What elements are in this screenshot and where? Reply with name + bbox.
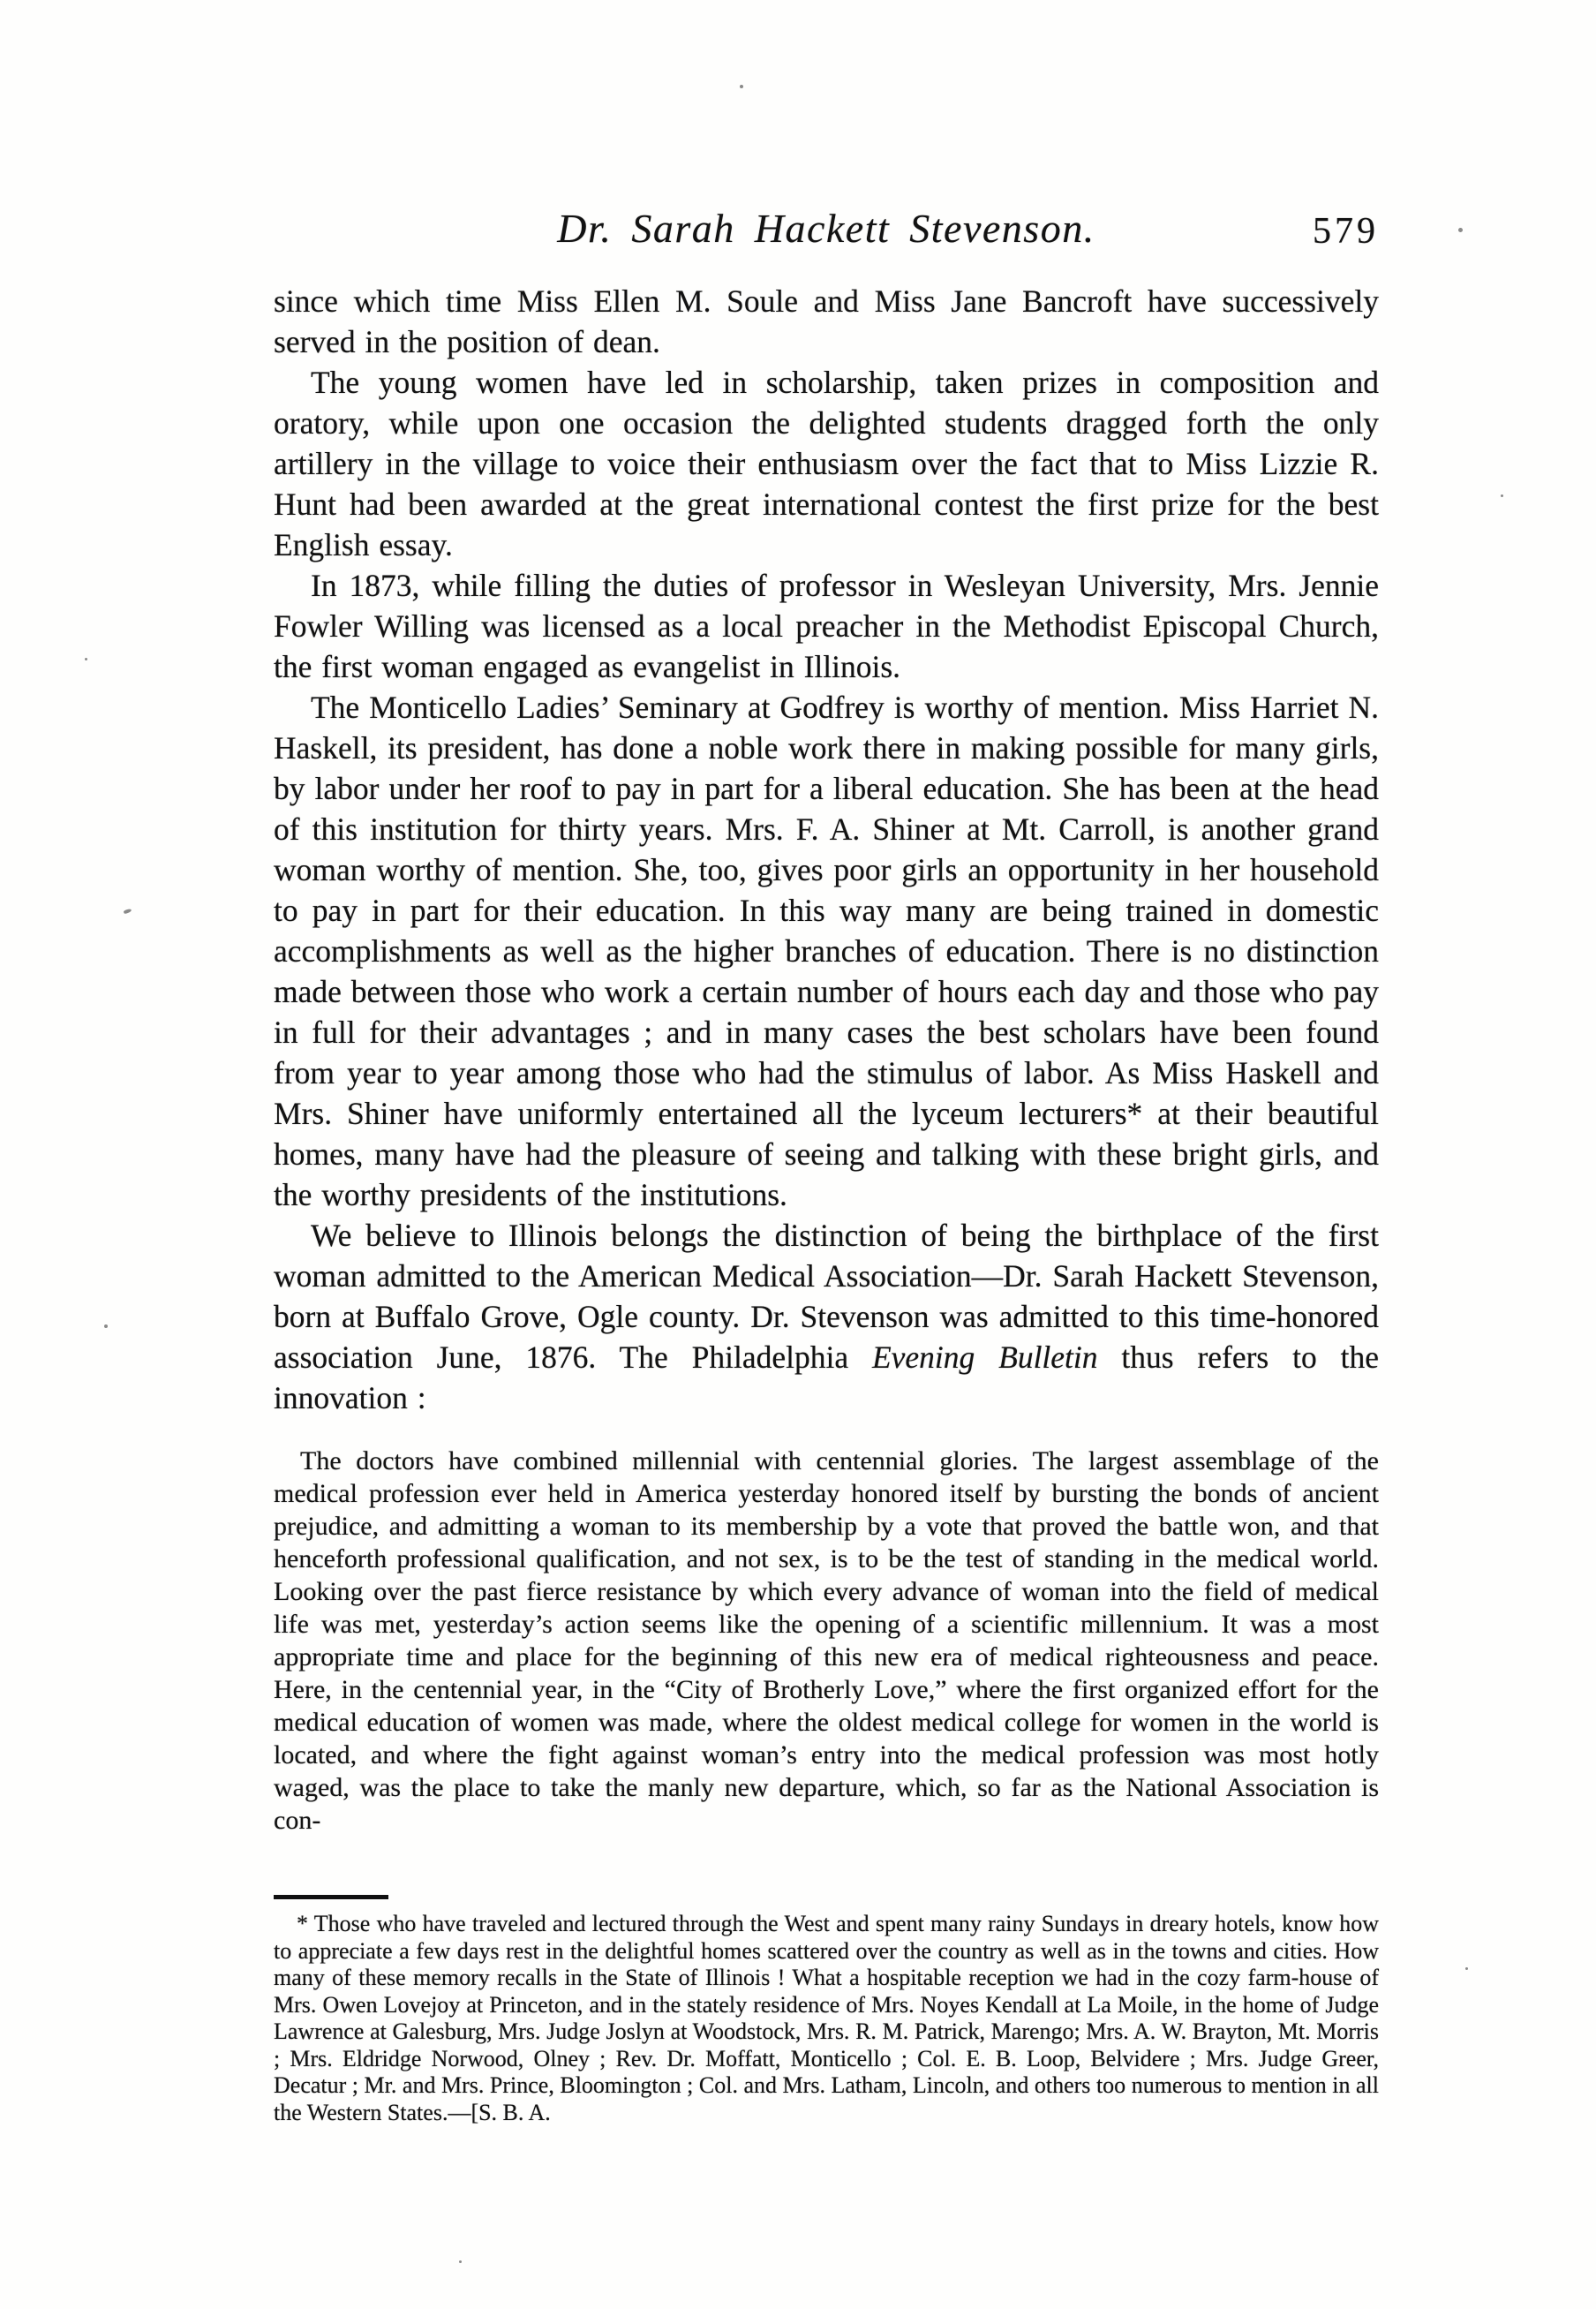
scan-speck xyxy=(740,85,743,88)
paragraph-1873: In 1873, while filling the duties of pro… xyxy=(274,565,1379,687)
scan-speck xyxy=(85,658,87,660)
scan-speck xyxy=(459,2260,462,2263)
scan-speck xyxy=(1501,494,1503,497)
footnote-text: * Those who have traveled and lectured t… xyxy=(274,1911,1379,2126)
scan-speck xyxy=(104,1324,108,1328)
paragraph-young-women: The young women have led in scholarship,… xyxy=(274,362,1379,565)
scan-speck xyxy=(1465,1967,1468,1970)
paragraph-stevenson: We believe to Illinois belongs the disti… xyxy=(274,1215,1379,1418)
scanned-book-page: Dr. Sarah Hackett Stevenson. 579 since w… xyxy=(0,0,1596,2309)
publication-name: Evening Bulletin xyxy=(872,1339,1098,1375)
quoted-newspaper-excerpt: The doctors have combined millennial wit… xyxy=(274,1445,1379,1837)
scan-speck xyxy=(124,909,132,915)
running-header-title: Dr. Sarah Hackett Stevenson. xyxy=(557,205,1095,252)
running-header: Dr. Sarah Hackett Stevenson. 579 xyxy=(274,205,1379,267)
page-number: 579 xyxy=(1313,210,1379,253)
footnote-divider xyxy=(274,1895,388,1899)
paragraph-continuation: since which time Miss Ellen M. Soule and… xyxy=(274,281,1379,362)
paragraph-monticello: The Monticello Ladies’ Seminary at Godfr… xyxy=(274,687,1379,1215)
scan-speck xyxy=(1458,228,1463,232)
body-text: since which time Miss Ellen M. Soule and… xyxy=(274,281,1379,1418)
